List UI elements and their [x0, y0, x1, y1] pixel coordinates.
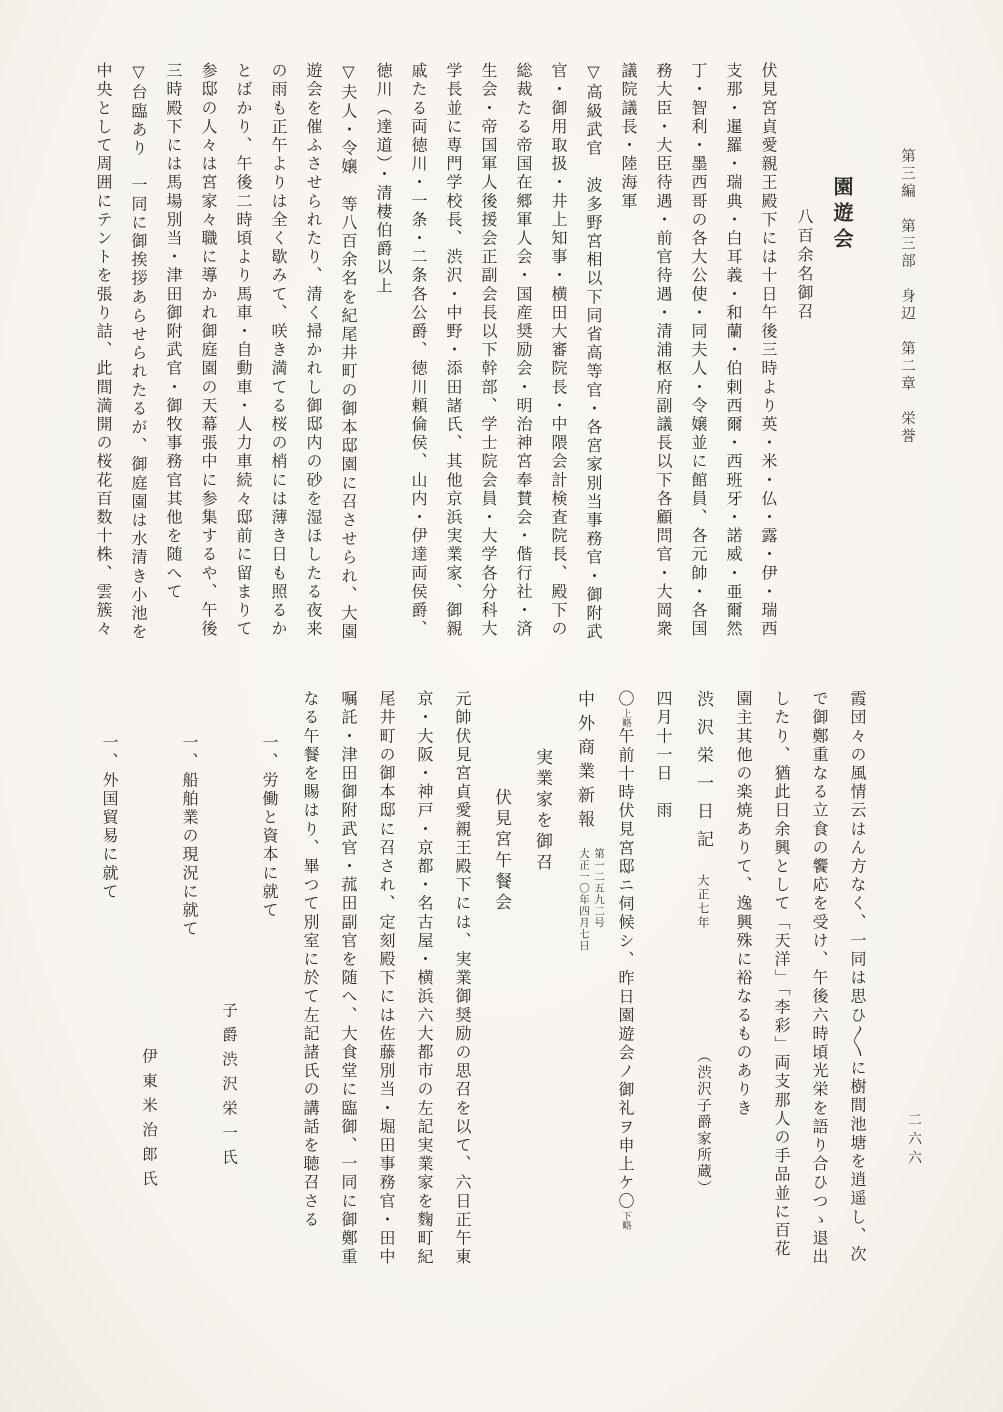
newspaper-citation: 中外商業新報第一二五九二号大正一〇年四月七日	[563, 690, 606, 1280]
newspaper-title: 中外商業新報	[574, 690, 594, 834]
text-column: 伏見宮貞愛親王殿下には十日午後三時より英・米・仏・露・伊・瑞西	[751, 62, 786, 646]
text-column: 戚たる両徳川・一条・二条各公爵、徳川頼倫侯、山内・伊達両侯爵、	[401, 62, 436, 646]
ellipsis-open-note: 上略	[620, 709, 631, 728]
text-column: 官・御用取扱・井上知事・横田大審院長・中隈会計検査院長、殿下の	[541, 62, 576, 646]
page-number: 二六六	[904, 1112, 924, 1169]
text-column: 中央として周囲にテントを張り詰、此間満開の桜花百数十株、雲簇々	[86, 62, 121, 646]
text-column: ▽夫人・令嬢 等八百余名を紀尾井町の御本邸園に召させられ、大園	[331, 62, 366, 646]
text-column: 参邸の人々は宮家々職に導かれ御庭園の天幕張中に参集するや、午後	[191, 62, 226, 646]
text-column: 嘱託・津田御附武官・菰田副官を随へ、大食堂に臨御、一同に御鄭重	[329, 690, 367, 1280]
lecture-speaker: 伊東米治郎氏	[131, 690, 167, 1280]
text-column: とばかり、午後二時頃より馬車・自動車・人力車続々邸前に留まりて	[226, 62, 261, 646]
text-column: なる午餐を賜はり、畢つて別室に於て左記諸氏の講話を聴召さる	[291, 690, 329, 1280]
diary-citation-title: 渋沢栄一日記	[693, 690, 713, 858]
upper-text-band: 園遊会 八百余名御召 伏見宮貞愛親王殿下には十日午後三時より英・米・仏・露・伊・…	[86, 62, 862, 646]
text-column: の雨も正午よりは全く歇みて、咲き満てる桜の梢には薄き日も照るか	[261, 62, 296, 646]
diary-date-line: 四月十一日 雨	[644, 690, 682, 1280]
text-column: で御鄭重なる立食の饗応を受け、午後六時頃光栄を語り合ひつゝ退出	[800, 690, 838, 1280]
diary-entry-text: 午前十時伏見宮邸ニ伺候シ、昨日園遊会ノ御礼ヲ申上ケ	[616, 728, 635, 1193]
article-headline: 実業家を御召	[521, 690, 563, 1280]
diary-citation-source: （渋沢子爵家所蔵）	[695, 1048, 711, 1197]
text-column: 総裁たる帝国在郷軍人会・国産奨励会・明治神宮奉賛会・偕行社・済	[506, 62, 541, 646]
section-title: 園遊会	[822, 62, 862, 646]
newspaper-date: 大正一〇年四月七日	[576, 848, 591, 952]
text-column: ▽高級武官 波多野宮相以下同省高等官・各宮家別当事務官・御附武	[576, 62, 611, 646]
text-column: 京・大阪・神戸・京都・名古屋・横浜六大都市の左記実業家を麴町紀	[405, 690, 443, 1280]
diary-entry-line: 〇上略午前十時伏見宮邸ニ伺候シ、昨日園遊会ノ御礼ヲ申上ケ〇下略	[606, 690, 644, 1280]
lecture-item: 一、労働と資本に就て	[247, 690, 291, 1280]
text-column: 三時殿下には馬場別当・津田御附武官・御牧事務官其他を随へて	[156, 62, 191, 646]
ellipsis-close-note: 下略	[620, 1211, 631, 1230]
lower-text-band: 霞団々の風情云はん方なく、一同は思ひ〳〵に樹間池塘を逍遥し、次 で御鄭重なる立食…	[87, 690, 876, 1280]
lecture-speaker: 子爵渋沢栄一氏	[211, 690, 247, 1280]
section-subtitle: 八百余名御召	[786, 62, 822, 646]
text-column: 遊会を催ふさせられたり、清く掃かれし御邸内の砂を湿ほしたる夜来	[296, 62, 331, 646]
text-column: 丁・智利・墨西哥の各大公使・同夫人・令嬢並に館員、各元帥・各国	[681, 62, 716, 646]
article-subheadline: 伏見宮午餐会	[481, 690, 521, 1280]
ellipsis-close-mark: 〇	[616, 1193, 635, 1212]
text-column: 園主其他の楽焼ありて、逸興殊に裕なるものありき	[724, 690, 762, 1280]
text-column: 学長並に専門学校長、渋沢・中野・添田諸氏、其他京浜実業家、御親	[436, 62, 471, 646]
text-column: 尾井町の御本邸に召され、定刻殿下には佐藤別当・堀田事務官・田中	[367, 690, 405, 1280]
text-column: 務大臣・大臣待遇・前官待遇・清浦枢府副議長以下各顧問官・大岡衆	[646, 62, 681, 646]
diary-citation: 渋沢栄一日記大正七年（渋沢子爵家所蔵）	[682, 690, 724, 1280]
text-column: 元帥伏見宮貞愛親王殿下には、実業御奨励の思召を以て、六日正午東	[443, 690, 481, 1280]
lecture-item: 一、外国貿易に就て	[87, 690, 131, 1280]
text-column: したり、猶此日余興として「天洋」「李彩」両支那人の手品並に百花	[762, 690, 800, 1280]
text-column: 霞団々の風情云はん方なく、一同は思ひ〳〵に樹間池塘を逍遥し、次	[838, 690, 876, 1280]
text-column: ▽台臨あり 一同に御挨拶あらせられたるが、御庭園は水清き小池を	[121, 62, 156, 646]
text-column: 徳川（達道）・清棲伯爵以上	[366, 62, 401, 646]
ellipsis-open-mark: 〇	[616, 690, 635, 709]
lecture-item: 一、船舶業の現況に就て	[167, 690, 211, 1280]
running-head: 第三編 第三部 身辺 第二章 栄誉	[897, 148, 918, 446]
diary-citation-era: 大正七年	[696, 874, 710, 930]
text-column: 支那・暹羅・瑞典・白耳義・和蘭・伯剌西爾・西班牙・諾威・亜爾然	[716, 62, 751, 646]
newspaper-issue: 第一二五九二号	[591, 848, 606, 952]
text-column: 生会・帝国軍人後援会正副会長以下幹部、学士院会員・大学各分科大	[471, 62, 506, 646]
book-page: 第三編 第三部 身辺 第二章 栄誉 二六六 園遊会 八百余名御召 伏見宮貞愛親王…	[0, 0, 1003, 1412]
newspaper-issue-date: 第一二五九二号大正一〇年四月七日	[576, 848, 606, 952]
text-column: 議院議長・陸海軍	[611, 62, 646, 646]
